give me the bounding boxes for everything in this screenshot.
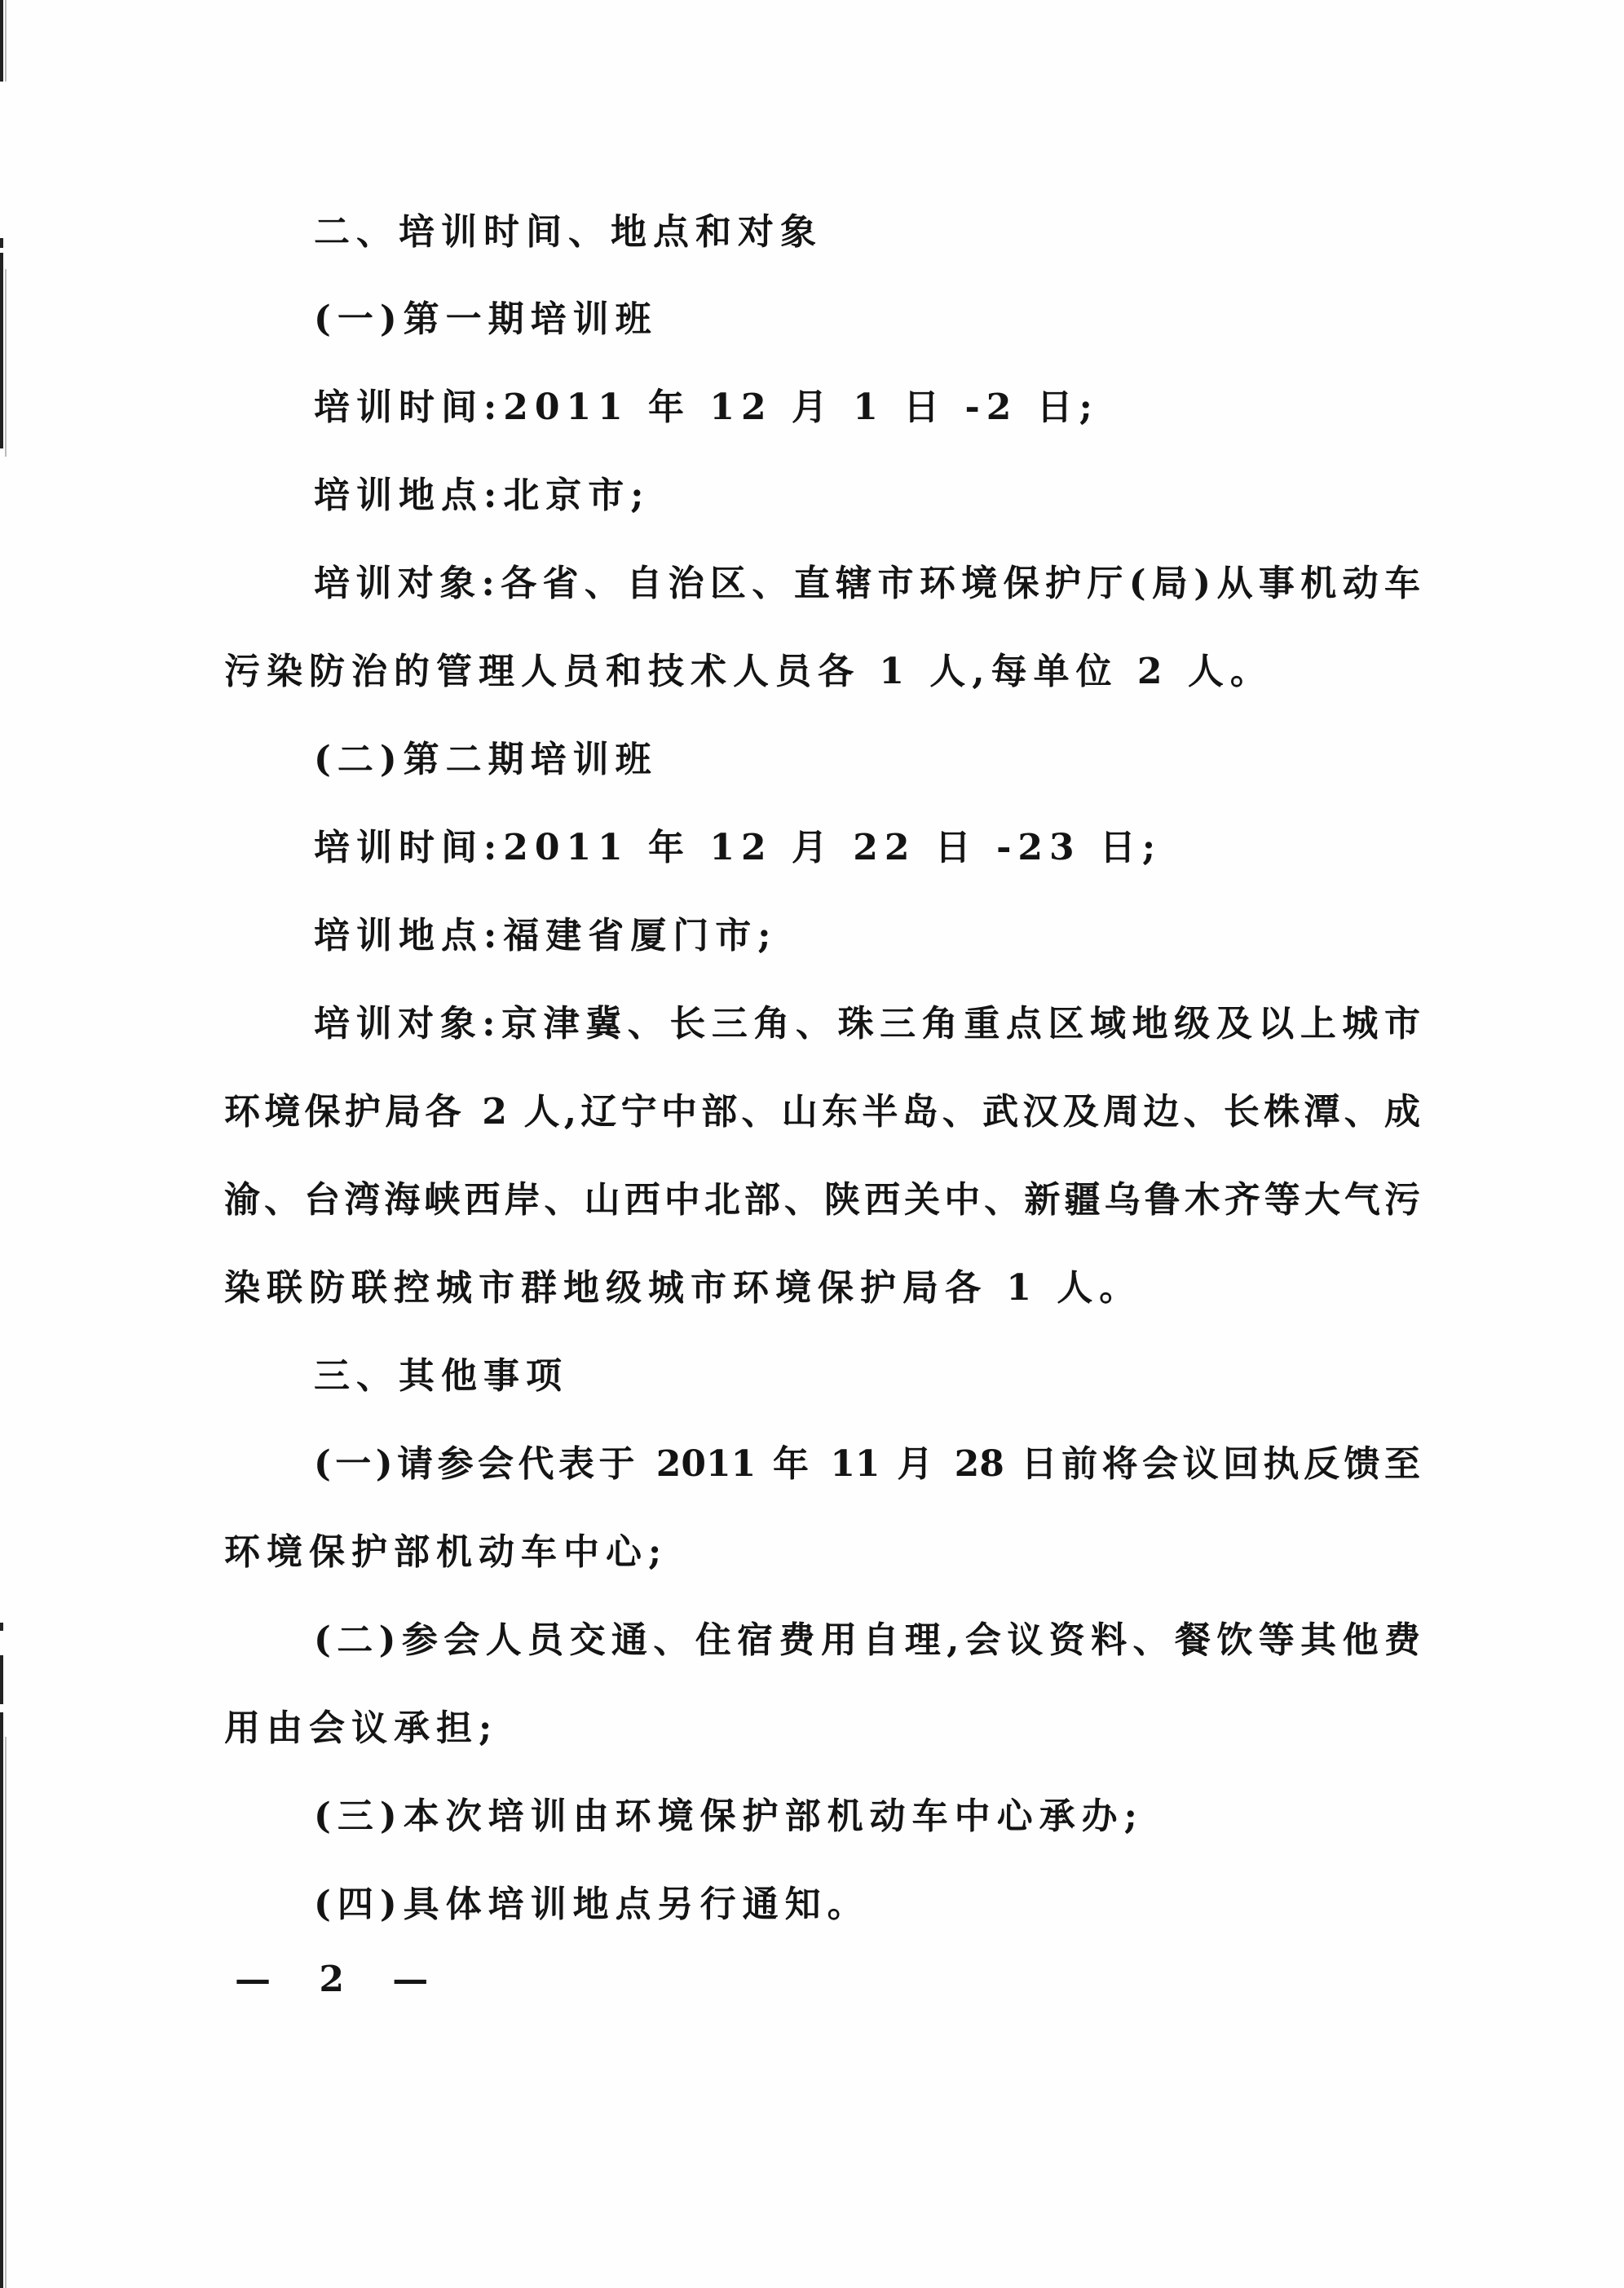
other-item-line: 用由会议承担; [224, 1704, 498, 1753]
training-audience-line: 污染防治的管理人员和技术人员各 1 人,每单位 2 人。 [224, 647, 1273, 696]
scan-edge-artifact [0, 0, 3, 82]
subsection-title: (二)第二期培训班 [314, 735, 658, 784]
scan-edge-artifact [5, 0, 7, 82]
training-audience-line: 培训对象:京津冀、长三角、珠三角重点区域地级及以上城市 [314, 1000, 1420, 1049]
scan-edge-artifact [0, 238, 3, 248]
other-item-line: (三)本次培训由环境保护部机动车中心承办; [314, 1792, 1144, 1841]
other-item-line: (一)请参会代表于 2011 年 11 月 28 日前将会议回执反馈至 [314, 1440, 1420, 1489]
other-item-line: 环境保护部机动车中心; [224, 1528, 668, 1577]
training-audience-line: 环境保护局各 2 人,辽宁中部、山东半岛、武汉及周边、长株潭、成 [224, 1088, 1420, 1137]
training-place: 培训地点:北京市; [314, 471, 650, 520]
scan-edge-artifact [5, 269, 7, 457]
section-heading: 三、其他事项 [314, 1352, 568, 1401]
document-page: 二、培训时间、地点和对象 (一)第一期培训班 培训时间:2011 年 12 月 … [0, 0, 1624, 2288]
scan-edge-artifact [0, 1712, 3, 2288]
subsection-title: (一)第一期培训班 [314, 295, 658, 344]
training-time: 培训时间:2011 年 12 月 1 日 -2 日; [314, 383, 1099, 432]
training-audience-line: 培训对象:各省、自治区、直辖市环境保护厅(局)从事机动车 [314, 559, 1420, 608]
other-item-line: (二)参会人员交通、住宿费用自理,会议资料、餐饮等其他费 [314, 1616, 1420, 1665]
training-audience-line: 渝、台湾海峡西岸、山西中北部、陕西关中、新疆乌鲁木齐等大气污 [224, 1176, 1420, 1225]
training-audience-line: 染联防联控城市群地级城市环境保护局各 1 人。 [224, 1264, 1141, 1313]
page-number: — 2 — [235, 1955, 446, 2004]
training-place: 培训地点:福建省厦门市; [314, 912, 777, 961]
section-heading: 二、培训时间、地点和对象 [314, 208, 823, 257]
scan-edge-artifact [5, 1737, 7, 2288]
scan-edge-artifact [0, 1623, 3, 1631]
training-time: 培训时间:2011 年 12 月 22 日 -23 日; [314, 824, 1162, 872]
other-item-line: (四)具体培训地点另行通知。 [314, 1880, 870, 1929]
scan-edge-artifact [0, 253, 3, 448]
scan-edge-artifact [0, 1655, 3, 1704]
